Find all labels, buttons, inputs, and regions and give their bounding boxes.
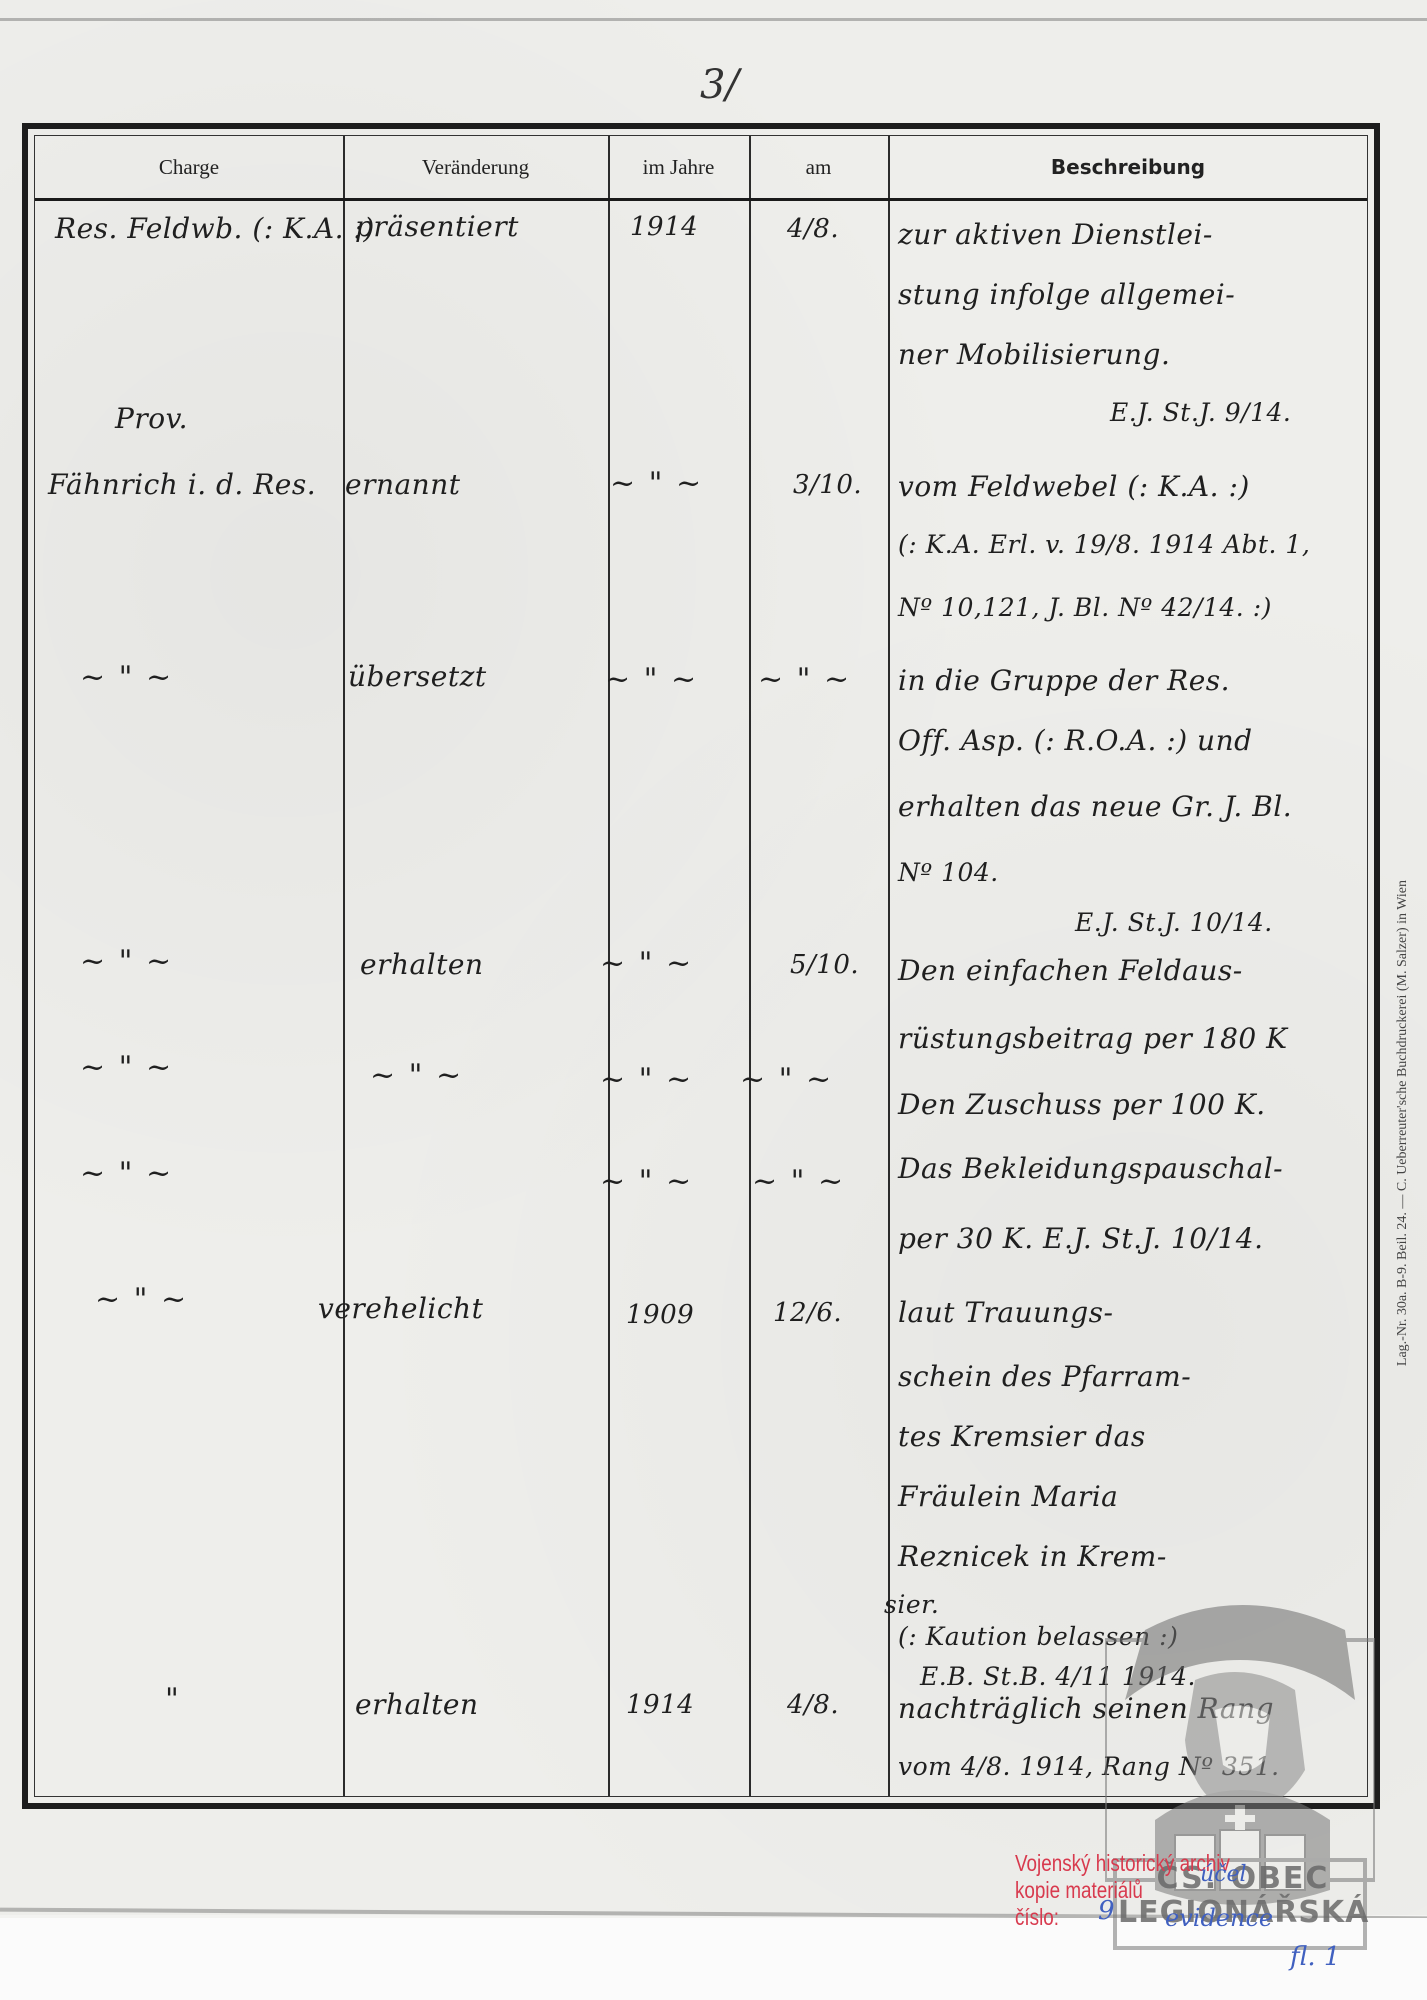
archive-stamp-line: kopie materiálů [1015, 1877, 1230, 1904]
cell-beschreibung-line: vom Feldwebel (: K.A. :) [898, 470, 1250, 503]
cell-beschreibung-reference: E.J. St.J. 10/14. [1075, 908, 1273, 937]
cell-beschreibung-line: laut Trauungs- [898, 1296, 1113, 1329]
cell-beschreibung-line: in die Gruppe der Res. [898, 664, 1230, 697]
column-divider [749, 136, 751, 1796]
cell-veraenderung: verehelicht [318, 1292, 483, 1325]
cell-charge-ditto: " [165, 1682, 181, 1717]
cell-jahr-ditto: ~ " ~ [610, 466, 703, 501]
cell-beschreibung-line: Den Zuschuss per 100 K. [898, 1088, 1266, 1121]
cell-beschreibung-line: Reznicek in Krem- [898, 1540, 1167, 1573]
header-am: am [749, 136, 888, 198]
page-number: 3/ [700, 62, 739, 108]
column-divider [343, 136, 345, 1796]
cell-am: 4/8. [787, 214, 839, 244]
cell-jahr: 1909 [626, 1300, 694, 1330]
cell-beschreibung-line: per 30 K. E.J. St.J. 10/14. [898, 1222, 1264, 1255]
cell-am: 12/6. [773, 1298, 842, 1328]
cell-charge-ditto: ~ " ~ [80, 944, 173, 979]
cell-am: 5/10. [790, 950, 859, 980]
printer-imprint: Lag.-Nr. 30a. B-9. Beil. 24. — C. Ueberr… [1395, 880, 1411, 1780]
cell-charge-ditto: ~ " ~ [80, 1156, 173, 1191]
cell-veraenderung: übersetzt [348, 660, 487, 693]
cell-beschreibung-reference: E.J. St.J. 9/14. [1110, 398, 1291, 427]
cell-charge-ditto: ~ " ~ [95, 1282, 188, 1317]
cell-beschreibung-line: Nº 104. [898, 858, 999, 887]
paper-top-edge [0, 18, 1427, 21]
cell-jahr-ditto: ~ " ~ [600, 946, 693, 981]
cell-beschreibung-line: schein des Pfarram- [898, 1360, 1191, 1393]
header-charge: Charge [35, 136, 343, 198]
cell-beschreibung-line: ner Mobilisierung. [898, 338, 1170, 371]
handwritten-note: účel [1200, 1862, 1247, 1887]
cell-beschreibung-line: tes Kremsier das [898, 1420, 1146, 1453]
cell-veraenderung: präsentiert [355, 210, 519, 243]
handwritten-note: fl. 1 [1290, 1942, 1340, 1972]
cell-beschreibung-line: Nº 10,121, J. Bl. Nº 42/14. :) [898, 593, 1272, 622]
handwritten-note: evidence [1165, 1904, 1273, 1932]
cell-beschreibung-line: sier. [884, 1590, 939, 1619]
cell-veraenderung: erhalten [360, 948, 484, 981]
cell-beschreibung-line: zur aktiven Dienstlei- [898, 218, 1213, 251]
cell-beschreibung-line: Fräulein Maria [898, 1480, 1118, 1513]
archive-number: 9 [1098, 1896, 1115, 1926]
cell-jahr: 1914 [626, 1690, 694, 1720]
cell-beschreibung-line: rüstungsbeitrag per 180 K [898, 1022, 1288, 1055]
cell-veraenderung: ernannt [345, 468, 461, 501]
cell-jahr-ditto: ~ " ~ [600, 1062, 693, 1097]
cell-charge-ditto: ~ " ~ [80, 660, 173, 695]
archive-stamp-line: Vojenský historický archiv [1015, 1850, 1230, 1877]
cell-am: 3/10. [793, 470, 862, 500]
cell-beschreibung-line: (: K.A. Erl. v. 19/8. 1914 Abt. 1, [898, 530, 1310, 559]
cell-am-ditto: ~ " ~ [740, 1062, 833, 1097]
cell-charge: Res. Feldwb. (: K.A. :) [55, 212, 375, 245]
cell-jahr: 1914 [630, 212, 698, 242]
cell-charge-ditto: ~ " ~ [80, 1050, 173, 1085]
header-rule [35, 198, 1367, 201]
cell-am-ditto: ~ " ~ [758, 662, 851, 697]
cell-beschreibung-line: Off. Asp. (: R.O.A. :) und [898, 724, 1253, 757]
cell-beschreibung-line: erhalten das neue Gr. J. Bl. [898, 790, 1292, 823]
cell-jahr-ditto: ~ " ~ [600, 1164, 693, 1199]
cell-am-ditto: ~ " ~ [752, 1164, 845, 1199]
header-im-jahre: im Jahre [608, 136, 749, 198]
cell-veraenderung-ditto: ~ " ~ [370, 1058, 463, 1093]
cell-charge: Fähnrich i. d. Res. [48, 468, 316, 501]
cell-beschreibung-line: Den einfachen Feldaus- [898, 954, 1243, 987]
cell-jahr-ditto: ~ " ~ [605, 662, 698, 697]
header-veraenderung: Veränderung [343, 136, 608, 198]
header-beschreibung: Beschreibung [888, 136, 1368, 198]
column-divider [888, 136, 890, 1796]
cell-am: 4/8. [787, 1690, 839, 1720]
cell-veraenderung: erhalten [355, 1688, 479, 1721]
cell-beschreibung-line: stung infolge allgemei- [898, 278, 1235, 311]
cell-charge-prefix: Prov. [115, 402, 188, 435]
cell-beschreibung-line: Das Bekleidungspauschal- [898, 1152, 1283, 1185]
